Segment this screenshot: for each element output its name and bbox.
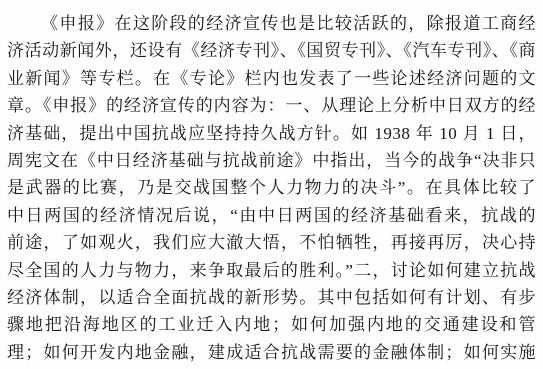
- text-line: 济活动新闻外，还设有《经济专刊》、《国贸专刊》、《汽车专刊》、《商: [7, 37, 536, 64]
- text-line: 尽全国的人力与物力，来争取最后的胜利。”二，讨论如何建立抗战: [7, 257, 536, 284]
- text-line: 经济体制，以适合全面抗战的新形势。其中包括如何有计划、有步: [7, 284, 536, 311]
- text-line: 中日两国的经济情况后说，“由中日两国的经济基础看来，抗战的: [7, 202, 536, 229]
- text-line: 前途，了如观火，我们应大澈大悟，不怕牺牲，再接再厉，决心持久，: [7, 229, 536, 256]
- text-line: 章。《申报》的经济宣传的内容为：一、从理论上分析中日双方的经: [7, 92, 536, 119]
- text-line: 济基础，提出中国抗战应坚持持久战方针。如 1938 年 10 月 1 日，: [7, 120, 536, 147]
- body-text-paragraph: 《申报》在这阶段的经济宣传也是比较活跃的，除报道工商经 济活动新闻外，还设有《经…: [7, 10, 536, 366]
- text-line: 周宪文在《中日经济基础与抗战前途》中指出，当今的战争“决非只: [7, 147, 536, 174]
- text-line: 是武器的比赛，乃是交战国整个人力物力的决斗”。在具体比较了: [7, 174, 536, 201]
- text-line: 骤地把沿海地区的工业迁入内地；如何加强内地的交通建设和管: [7, 311, 536, 338]
- text-line: 业新闻》等专栏。在《专论》栏内也发表了一些论述经济问题的文: [7, 65, 536, 92]
- text-line: 《申报》在这阶段的经济宣传也是比较活跃的，除报道工商经: [7, 10, 536, 37]
- text-line: 理；如何开发内地金融，建成适合抗战需要的金融体制；如何实施: [7, 339, 536, 366]
- document-page: 《申报》在这阶段的经济宣传也是比较活跃的，除报道工商经 济活动新闻外，还设有《经…: [0, 0, 543, 369]
